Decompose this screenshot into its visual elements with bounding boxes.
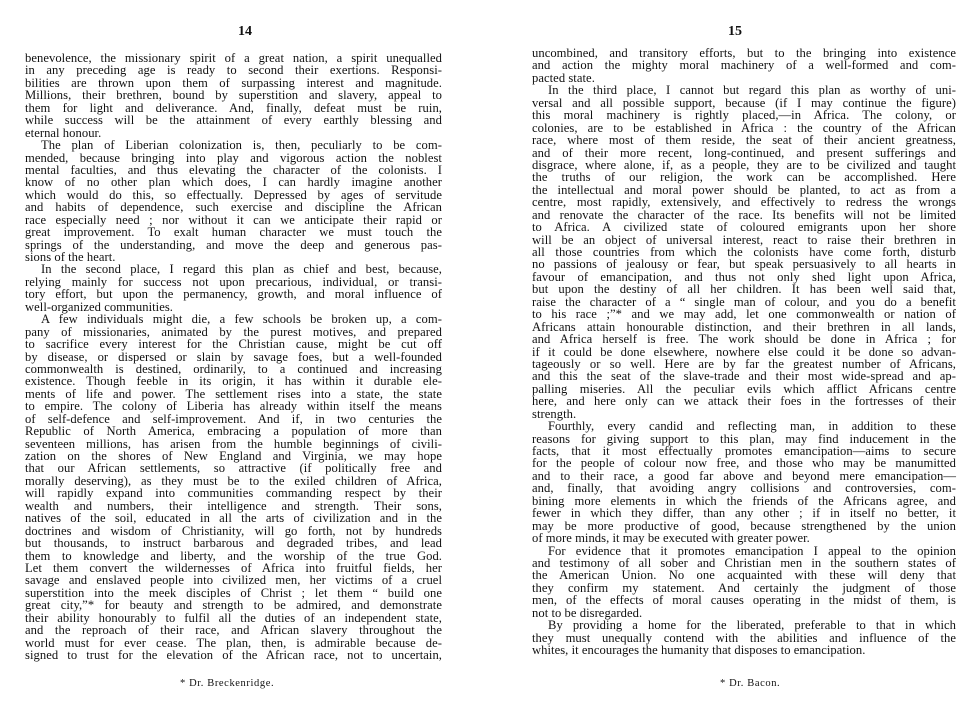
text-line: The plan of Liberian colonization is, th… [25,139,442,151]
text-line: and, finally, that avoiding angry collis… [532,482,956,494]
text-line: whites, it encourages the humanity that … [532,644,956,656]
text-line: while success will be the attainment of … [25,114,442,126]
text-line: natives of the soil, educated in all the… [25,512,442,524]
body-text: uncombined, and transitory efforts, but … [532,47,956,656]
text-line: savage and enslaved people into civilize… [25,574,442,586]
text-line: will rapidly expand into communities com… [25,487,442,499]
text-line: By providing a home for the liberated, p… [532,619,956,631]
text-line: signed to trust for the elevation of the… [25,649,442,661]
text-line: A few individuals might die, a few schoo… [25,313,442,325]
text-line: men, of the effects of moral causes oper… [532,594,956,606]
text-line: but thousands, to instruct barbarous and… [25,537,442,549]
text-line: fewer in which they differ, than any oth… [532,507,956,519]
page-number: 15 [490,24,980,40]
text-line: and habits of dependence, such exercise … [25,201,442,213]
footnote: * Dr. Bacon. [720,678,780,689]
text-line: to Africa. A civilized state of coloured… [532,221,956,233]
text-line: and Africa herself is free. The work sho… [532,333,956,345]
text-line: tory effort, but upon the permanency, gr… [25,288,442,300]
text-line: know of no other plan which does, I can … [25,176,442,188]
text-line: here, and here only can we attack their … [532,395,956,407]
text-line: centre, most rapidly, extensively, and e… [532,196,956,208]
text-line: In the second place, I regard this plan … [25,263,442,275]
page-number: 14 [0,24,490,40]
body-text: benevolence, the missionary spirit of a … [25,52,442,661]
text-line: the truths of our religion, the work can… [532,171,956,183]
text-line: existence. Though feeble in its origin, … [25,375,442,387]
text-line: and action the mighty moral machinery of… [532,59,956,71]
text-line: no passions of jealousy or fear, but spe… [532,258,956,270]
text-line: Millions, their brethren, bound by super… [25,89,442,101]
text-line: and the reproach of their race, and Afri… [25,624,442,636]
text-line: to empire. The colony of Liberia has alr… [25,400,442,412]
text-line: Fourthly, every candid and reflecting ma… [532,420,956,432]
text-line: to his race ;”* and we may add, let one … [532,308,956,320]
text-line: that our African settlements, so attract… [25,462,442,474]
text-line: and this the seat of the slave-trade and… [532,370,956,382]
right-page: 15 uncombined, and transitory efforts, b… [490,0,980,709]
text-line: in any preceding age is ready to second … [25,64,442,76]
text-line: great city,”* for beauty and strength to… [25,599,442,611]
text-line: to sacrifice every interest for the Chri… [25,338,442,350]
text-line: Republic of North America, embracing a p… [25,425,442,437]
text-line: In the third place, I cannot but regard … [532,84,956,96]
text-line: the American Union. No one acquainted wi… [532,569,956,581]
text-line: of more minds, it may be executed with g… [532,532,956,544]
left-page: 14 benevolence, the missionary spirit of… [0,0,490,709]
text-line: for the people of colour now free, and t… [532,457,956,469]
text-line: great improvement. To exalt human charac… [25,226,442,238]
footnote: * Dr. Breckenridge. [180,678,274,689]
text-line: but upon the destiny of all her children… [532,283,956,295]
text-line: this moral machinery is rightly placed,—… [532,109,956,121]
text-line: race, where most of them reside, the sea… [532,134,956,146]
